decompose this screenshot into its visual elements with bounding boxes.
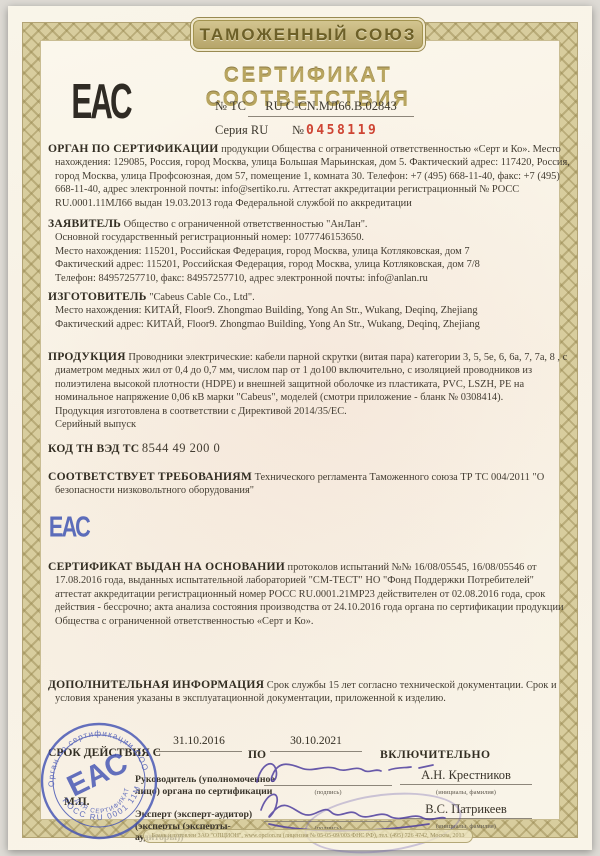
validity-from-date: 31.10.2016 xyxy=(156,735,242,752)
section-manufacturer-label: ИЗГОТОВИТЕЛЬ xyxy=(48,290,147,303)
signature-expert-ink xyxy=(261,794,445,830)
tnved-code-value: 8544 49 200 0 xyxy=(142,441,220,455)
customs-union-banner: ТАМОЖЕННЫЙ СОЮЗ xyxy=(191,18,425,51)
section-applicant-intro: Общество с ограниченной ответственностью… xyxy=(124,219,368,230)
manufacturer-line: Место нахождения: КИТАЙ, Floor9. Zhongma… xyxy=(55,304,572,317)
section-product-label: ПРОДУКЦИЯ xyxy=(48,350,126,363)
series-no-sign: № xyxy=(292,123,304,138)
number-value: RU C-CN.МЛ66.В.02843 xyxy=(248,99,414,117)
validity-to-date: 30.10.2021 xyxy=(270,735,362,752)
additional-info-label: ДОПОЛНИТЕЛЬНАЯ ИНФОРМАЦИЯ xyxy=(48,678,264,691)
applicant-line: Телефон: 84957257710, факс: 84957257710,… xyxy=(55,272,572,285)
applicant-line: Основной государственный регистрационный… xyxy=(55,231,572,244)
series-row: Серия RU № 0458119 xyxy=(8,123,600,141)
applicant-line: Место нахождения: 115201, Российская Фед… xyxy=(55,245,572,258)
section-applicant: ЗАЯВИТЕЛЬ Общество с ограниченной ответс… xyxy=(48,217,572,285)
blank-manufacturer-fine-print: Бланк изготовлен ЗАО "ОПЦИОН", www.opcio… xyxy=(143,829,473,843)
complies-with-label: СООТВЕТСТВУЕТ ТРЕБОВАНИЯМ xyxy=(48,470,252,483)
series-label: Серия RU xyxy=(215,123,268,138)
number-label: № ТС xyxy=(215,99,246,114)
section-applicant-label: ЗАЯВИТЕЛЬ xyxy=(48,217,121,230)
section-tnved-code: КОД ТН ВЭД ТС 8544 49 200 0 xyxy=(48,442,572,456)
series-serial-number: 0458119 xyxy=(306,123,378,138)
section-manufacturer: ИЗГОТОВИТЕЛЬ "Cabeus Cable Co., Ltd". Ме… xyxy=(48,290,572,331)
product-directive-line: Продукция изготовлена в соответствии с Д… xyxy=(55,405,572,418)
section-manufacturer-intro: "Cabeus Cable Co., Ltd". xyxy=(149,292,254,303)
section-product: ПРОДУКЦИЯ Проводники электрические: кабе… xyxy=(48,350,572,431)
issued-on-basis-label: СЕРТИФИКАТ ВЫДАН НА ОСНОВАНИИ xyxy=(48,560,285,573)
eac-conformity-badge: ЕАС xyxy=(51,507,88,547)
certificate-page: ТАМОЖЕННЫЙ СОЮЗ ЕАС СЕРТИФИКАТ СООТВЕТСТ… xyxy=(0,0,600,856)
product-serial-release: Серийный выпуск xyxy=(55,418,572,431)
certificate-number-row: № ТС RU C-CN.МЛ66.В.02843 xyxy=(8,99,600,119)
section-complies-with: СООТВЕТСТВУЕТ ТРЕБОВАНИЯМ Технического р… xyxy=(48,470,572,498)
applicant-line: Фактический адрес: 115201, Российская Фе… xyxy=(55,258,572,271)
section-certification-body: ОРГАН ПО СЕРТИФИКАЦИИ продукции Общества… xyxy=(48,142,572,210)
section-issued-on-basis: СЕРТИФИКАТ ВЫДАН НА ОСНОВАНИИ протоколов… xyxy=(48,560,572,628)
section-product-text: Проводники электрические: кабели парной … xyxy=(55,352,567,403)
section-certification-body-label: ОРГАН ПО СЕРТИФИКАЦИИ xyxy=(48,142,219,155)
section-additional-info: ДОПОЛНИТЕЛЬНАЯ ИНФОРМАЦИЯ Срок службы 15… xyxy=(48,678,572,706)
tnved-code-label: КОД ТН ВЭД ТС xyxy=(48,442,139,455)
certificate-sheet: ТАМОЖЕННЫЙ СОЮЗ ЕАС СЕРТИФИКАТ СООТВЕТСТ… xyxy=(8,6,592,850)
signature-head-ink xyxy=(257,764,433,782)
manufacturer-line: Фактический адрес: КИТАЙ, Floor9. Zhongm… xyxy=(55,318,572,331)
